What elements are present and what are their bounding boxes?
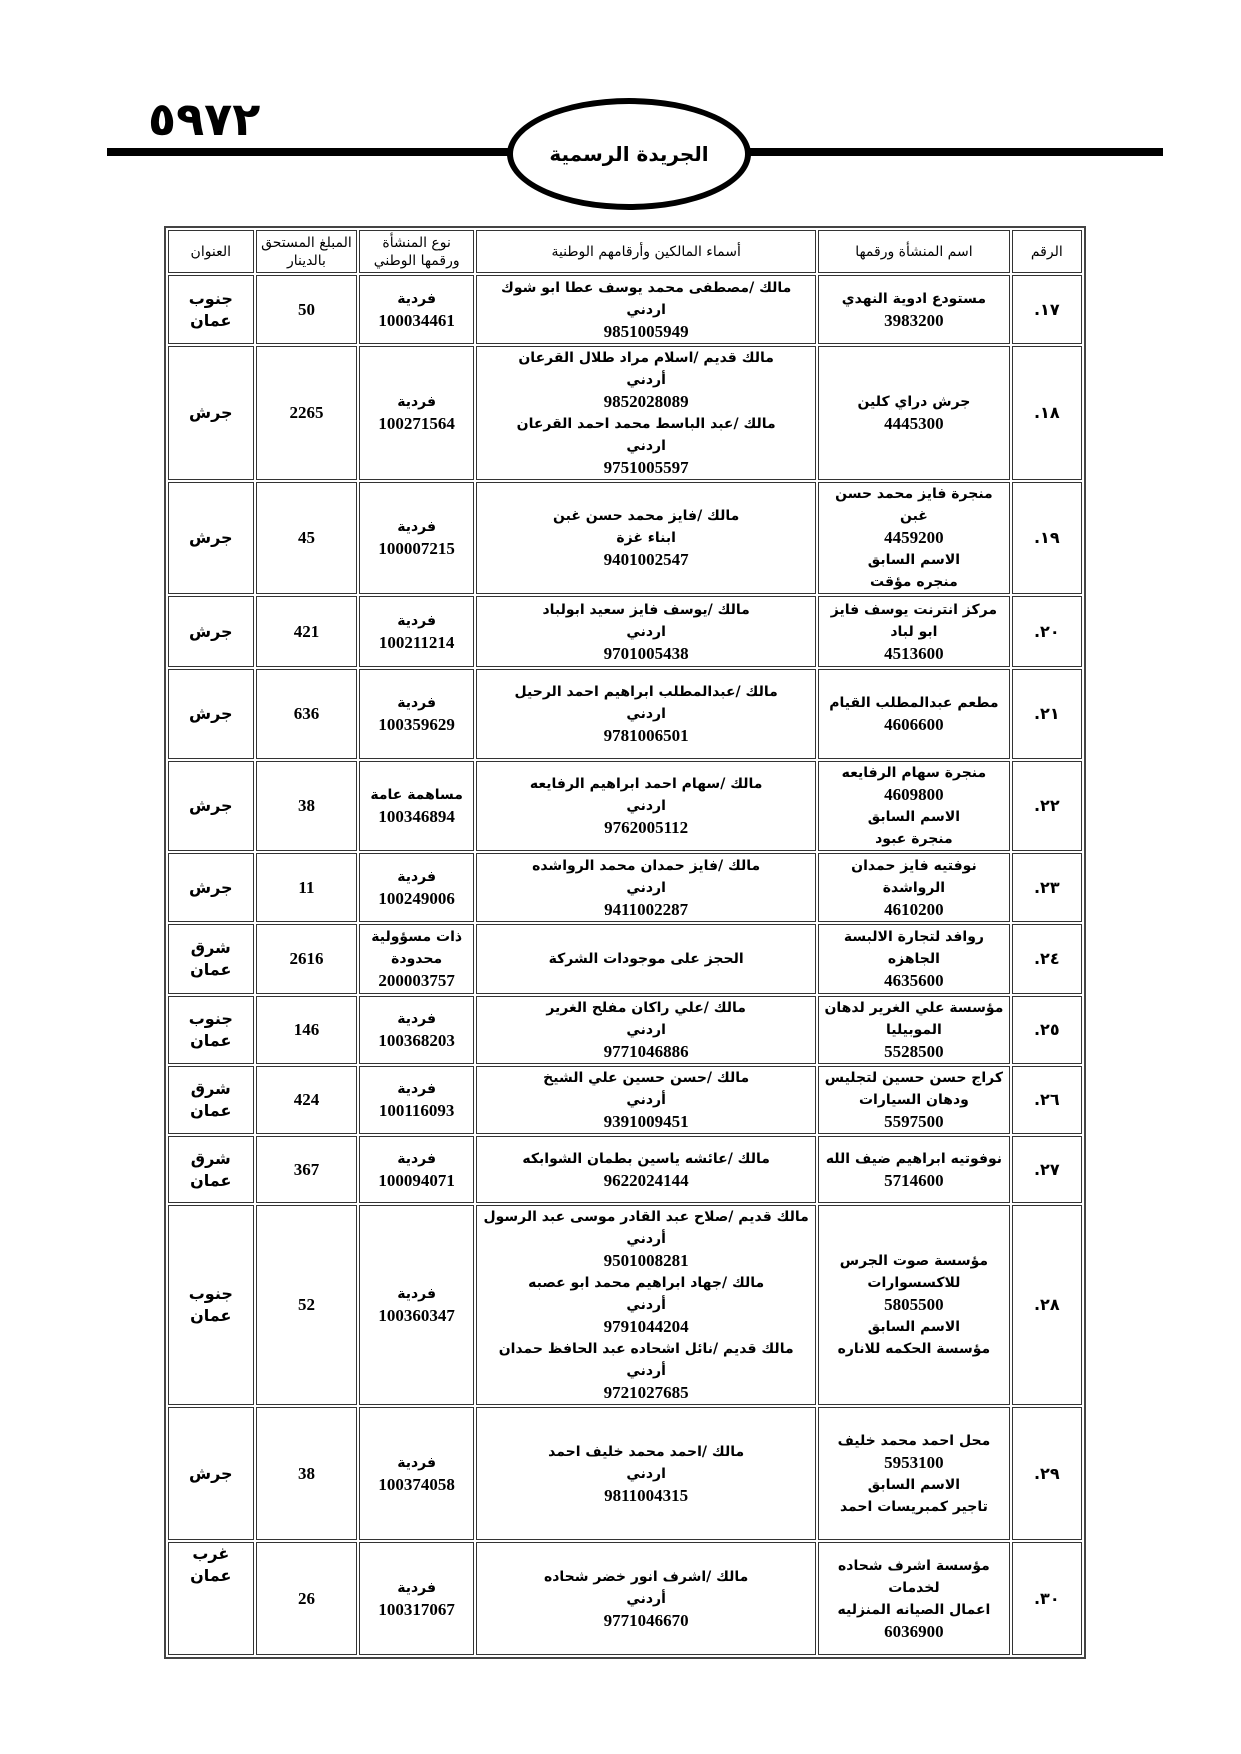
amount-cell: 146 — [256, 996, 358, 1064]
establishment-line: 4513600 — [823, 643, 1004, 665]
establishment-cell: محل احمد محمد خليف5953100الاسم السابقتاج… — [818, 1407, 1009, 1540]
establishment-line: 4610200 — [823, 899, 1004, 921]
row-number-cell: ٢٠. — [1012, 596, 1082, 667]
address-cell: شرق عمان — [168, 924, 254, 994]
establishment-line: مؤسسة اشرف شحاده لخدمات — [823, 1555, 1004, 1599]
amount-value: 38 — [261, 1463, 353, 1485]
registry-table: الرقم اسم المنشأة ورقمها أسماء المالكين … — [164, 226, 1086, 1659]
owners-cell: مالك /فايز محمد حسن غبنابناء غزة94010025… — [476, 482, 816, 594]
establishment-cell: نوفتيه فايز حمدان الرواشدة4610200 — [818, 853, 1009, 922]
establishment-line: 5528500 — [823, 1041, 1004, 1063]
type-line: مساهمة عامة — [364, 784, 469, 806]
establishment-line: 4445300 — [823, 413, 1004, 435]
type-line: 100034461 — [364, 310, 469, 332]
row-number-cell: ١٧. — [1012, 275, 1082, 344]
address-cell: جنوب عمان — [168, 1205, 254, 1405]
type-line: فردية — [364, 1283, 469, 1305]
row-number-cell: ١٩. — [1012, 482, 1082, 594]
amount-value: 424 — [261, 1089, 353, 1111]
table-row: ٢٣.نوفتيه فايز حمدان الرواشدة4610200مالك… — [168, 853, 1082, 922]
establishment-line: مركز انترنت يوسف فايز ابو لباد — [823, 599, 1004, 643]
type-cell: فردية100249006 — [359, 853, 474, 922]
type-line: فردية — [364, 610, 469, 632]
masthead-title: الجريدة الرسمية — [549, 142, 708, 166]
table-row: ١٧.مستودع ادوية النهدي3983200مالك /مصطفى… — [168, 275, 1082, 344]
establishment-cell: مؤسسة صوت الجرسللاكسسوارات5805500الاسم ا… — [818, 1205, 1009, 1405]
owners-line: مالك قديم /نائل اشحاده عبد الحافظ حمدان — [481, 1338, 811, 1360]
owners-line: مالك /عائشه ياسين بطمان الشوابكه — [481, 1148, 811, 1170]
table-row: ٢٧.نوفوتيه ابراهيم ضيف الله5714600مالك /… — [168, 1136, 1082, 1203]
type-line: 100116093 — [364, 1100, 469, 1122]
amount-value: 636 — [261, 703, 353, 725]
address-cell: جرش — [168, 346, 254, 480]
column-header-number: الرقم — [1012, 230, 1082, 273]
type-line: 100359629 — [364, 714, 469, 736]
row-number-cell: ٢٢. — [1012, 761, 1082, 851]
owners-line: أردني — [481, 1089, 811, 1111]
amount-value: 421 — [261, 621, 353, 643]
address-cell: جرش — [168, 482, 254, 594]
table-header-row: الرقم اسم المنشأة ورقمها أسماء المالكين … — [168, 230, 1082, 273]
owners-cell: مالك /احمد محمد خليف احمداردني9811004315 — [476, 1407, 816, 1540]
type-cell: فردية100007215 — [359, 482, 474, 594]
address-cell: غرب عمان — [168, 1542, 254, 1655]
type-line: 100271564 — [364, 413, 469, 435]
table-row: ٢٨.مؤسسة صوت الجرسللاكسسوارات5805500الاس… — [168, 1205, 1082, 1405]
establishment-line: الاسم السابق — [823, 1316, 1004, 1338]
amount-cell: 367 — [256, 1136, 358, 1203]
type-cell: فردية100368203 — [359, 996, 474, 1064]
amount-cell: 636 — [256, 669, 358, 759]
owners-cell: مالك /عائشه ياسين بطمان الشوابكه96220241… — [476, 1136, 816, 1203]
owners-line: 9391009451 — [481, 1111, 811, 1133]
table-row: ٢٤.روافد لتجارة الالبسة الجاهزه4635600ال… — [168, 924, 1082, 994]
establishment-line: روافد لتجارة الالبسة الجاهزه — [823, 926, 1004, 970]
establishment-line: مطعم عبدالمطلب القيام — [823, 692, 1004, 714]
establishment-line: 4606600 — [823, 714, 1004, 736]
establishment-line: 5953100 — [823, 1452, 1004, 1474]
address-cell: جرش — [168, 1407, 254, 1540]
amount-value: 11 — [261, 877, 353, 899]
establishment-line: منجره مؤقت — [823, 571, 1004, 593]
owners-line: 9851005949 — [481, 321, 811, 343]
type-line: 100094071 — [364, 1170, 469, 1192]
column-header-type: نوع المنشأة ورقمها الوطني — [359, 230, 474, 273]
row-number-cell: ١٨. — [1012, 346, 1082, 480]
owners-line: 9771046670 — [481, 1610, 811, 1632]
amount-cell: 52 — [256, 1205, 358, 1405]
establishment-line: 4609800 — [823, 784, 1004, 806]
owners-cell: مالك قديم /اسلام مراد طلال القرعانأردني9… — [476, 346, 816, 480]
owners-line: مالك /عبد الباسط محمد احمد القرعان — [481, 413, 811, 435]
amount-cell: 11 — [256, 853, 358, 922]
owners-line: 9781006501 — [481, 725, 811, 747]
amount-value: 50 — [261, 299, 353, 321]
type-line: فردية — [364, 516, 469, 538]
owners-line: 9762005112 — [481, 817, 811, 839]
owners-line: 9721027685 — [481, 1382, 811, 1404]
owners-line: 9501008281 — [481, 1250, 811, 1272]
row-number-cell: ٢١. — [1012, 669, 1082, 759]
owners-cell: مالك /مصطفى محمد يوسف عطا ابو شوكاردني98… — [476, 275, 816, 344]
type-cell: فردية100359629 — [359, 669, 474, 759]
owners-line: اردني — [481, 621, 811, 643]
establishment-cell: مطعم عبدالمطلب القيام4606600 — [818, 669, 1009, 759]
row-number-cell: ٢٦. — [1012, 1066, 1082, 1134]
establishment-line: 5714600 — [823, 1170, 1004, 1192]
owners-line: مالك /اشرف انور خضر شحاده — [481, 1566, 811, 1588]
amount-cell: 2616 — [256, 924, 358, 994]
row-number-cell: ٢٩. — [1012, 1407, 1082, 1540]
type-line: فردية — [364, 692, 469, 714]
type-line: 100346894 — [364, 806, 469, 828]
type-line: 200003757 — [364, 970, 469, 992]
column-header-amount: المبلغ المستحق بالدينار — [256, 230, 358, 273]
type-line: 100317067 — [364, 1599, 469, 1621]
type-line: ذات مسؤولية — [364, 926, 469, 948]
establishment-line: منجرة عبود — [823, 828, 1004, 850]
owners-line: 9751005597 — [481, 457, 811, 479]
owners-cell: مالك /يوسف فايز سعيد ابولباداردني9701005… — [476, 596, 816, 667]
establishment-line: للاكسسوارات — [823, 1272, 1004, 1294]
establishment-line: محل احمد محمد خليف — [823, 1430, 1004, 1452]
establishment-line: 5805500 — [823, 1294, 1004, 1316]
establishment-line: 6036900 — [823, 1621, 1004, 1643]
owners-line: أردني — [481, 1294, 811, 1316]
amount-value: 2616 — [261, 948, 353, 970]
owners-line: اردني — [481, 1019, 811, 1041]
establishment-line: 4635600 — [823, 970, 1004, 992]
owners-line: اردني — [481, 703, 811, 725]
amount-value: 367 — [261, 1159, 353, 1181]
establishment-line: نوفتيه فايز حمدان الرواشدة — [823, 855, 1004, 899]
address-cell: شرق عمان — [168, 1066, 254, 1134]
row-number-cell: ٢٨. — [1012, 1205, 1082, 1405]
establishment-line: 4459200 — [823, 527, 1004, 549]
address-cell: شرق عمان — [168, 1136, 254, 1203]
amount-cell: 424 — [256, 1066, 358, 1134]
address-cell: جنوب عمان — [168, 996, 254, 1064]
type-line: فردية — [364, 288, 469, 310]
row-number-cell: ٣٠. — [1012, 1542, 1082, 1655]
amount-value: 52 — [261, 1294, 353, 1316]
owners-line: اردني — [481, 299, 811, 321]
type-line: 100211214 — [364, 632, 469, 654]
address-cell: جرش — [168, 669, 254, 759]
type-cell: فردية100034461 — [359, 275, 474, 344]
table-row: ١٨.جرش دراي كلين4445300مالك قديم /اسلام … — [168, 346, 1082, 480]
table-row: ٢٠.مركز انترنت يوسف فايز ابو لباد4513600… — [168, 596, 1082, 667]
type-line: 100368203 — [364, 1030, 469, 1052]
owners-line: اردني — [481, 1463, 811, 1485]
type-line: 100249006 — [364, 888, 469, 910]
type-line: فردية — [364, 391, 469, 413]
type-line: 100007215 — [364, 538, 469, 560]
page-number: ٥٩٧٢ — [148, 96, 260, 142]
owners-line: مالك قديم /صلاح عبد القادر موسى عبد الرس… — [481, 1206, 811, 1228]
establishment-line: مؤسسة علي الغرير لدهان الموبيليا — [823, 997, 1004, 1041]
owners-line: مالك /عبدالمطلب ابراهيم احمد الرحيل — [481, 681, 811, 703]
amount-value: 38 — [261, 795, 353, 817]
establishment-line: مؤسسة الحكمه للاناره — [823, 1338, 1004, 1360]
establishment-line: الاسم السابق — [823, 806, 1004, 828]
owners-line: اردني — [481, 795, 811, 817]
amount-value: 26 — [261, 1588, 353, 1610]
owners-cell: مالك /علي راكان مفلح الغريراردني97710468… — [476, 996, 816, 1064]
column-header-establishment: اسم المنشأة ورقمها — [818, 230, 1009, 273]
owners-line: 9811004315 — [481, 1485, 811, 1507]
column-header-owners: أسماء المالكين وأرقامهم الوطنية — [476, 230, 816, 273]
row-number-cell: ٢٧. — [1012, 1136, 1082, 1203]
address-cell: جنوب عمان — [168, 275, 254, 344]
type-line: فردية — [364, 1577, 469, 1599]
owners-line: اردني — [481, 435, 811, 457]
owners-line: 9852028089 — [481, 391, 811, 413]
amount-cell: 2265 — [256, 346, 358, 480]
amount-cell: 421 — [256, 596, 358, 667]
amount-cell: 26 — [256, 1542, 358, 1655]
establishment-cell: روافد لتجارة الالبسة الجاهزه4635600 — [818, 924, 1009, 994]
type-cell: فردية100211214 — [359, 596, 474, 667]
establishment-line: كراج حسن حسين لتجليس — [823, 1067, 1004, 1089]
establishment-line: نوفوتيه ابراهيم ضيف الله — [823, 1148, 1004, 1170]
establishment-line: ودهان السيارات — [823, 1089, 1004, 1111]
establishment-cell: منجرة فايز محمد حسن غبن4459200الاسم السا… — [818, 482, 1009, 594]
owners-cell: مالك /سهام احمد ابراهيم الرفايعهاردني976… — [476, 761, 816, 851]
owners-cell: مالك قديم /صلاح عبد القادر موسى عبد الرس… — [476, 1205, 816, 1405]
amount-cell: 38 — [256, 1407, 358, 1540]
column-header-address: العنوان — [168, 230, 254, 273]
establishment-line: الاسم السابق — [823, 549, 1004, 571]
owners-line: مالك /جهاد ابراهيم محمد ابو عصبه — [481, 1272, 811, 1294]
row-number-cell: ٢٥. — [1012, 996, 1082, 1064]
table-row: ٢١.مطعم عبدالمطلب القيام4606600مالك /عبد… — [168, 669, 1082, 759]
table-row: ٣٠.مؤسسة اشرف شحاده لخدماتاعمال الصيانه … — [168, 1542, 1082, 1655]
establishment-line: منجرة سهام الرفايعه — [823, 762, 1004, 784]
row-number-cell: ٢٣. — [1012, 853, 1082, 922]
owners-line: 9411002287 — [481, 899, 811, 921]
establishment-line: اعمال الصيانه المنزليه — [823, 1599, 1004, 1621]
establishment-line: تاجير كمبريسات احمد — [823, 1496, 1004, 1518]
owners-line: أردني — [481, 1228, 811, 1250]
type-line: فردية — [364, 1452, 469, 1474]
owners-line: اردني — [481, 877, 811, 899]
establishment-cell: نوفوتيه ابراهيم ضيف الله5714600 — [818, 1136, 1009, 1203]
type-cell: فردية100360347 — [359, 1205, 474, 1405]
type-line: محدودة — [364, 948, 469, 970]
establishment-line: الاسم السابق — [823, 1474, 1004, 1496]
establishment-cell: منجرة سهام الرفايعه4609800الاسم السابقمن… — [818, 761, 1009, 851]
type-cell: ذات مسؤوليةمحدودة200003757 — [359, 924, 474, 994]
owners-line: مالك /علي راكان مفلح الغرير — [481, 997, 811, 1019]
establishment-line: 3983200 — [823, 310, 1004, 332]
owners-line: 9771046886 — [481, 1041, 811, 1063]
establishment-line: 5597500 — [823, 1111, 1004, 1133]
owners-line: مالك /احمد محمد خليف احمد — [481, 1441, 811, 1463]
establishment-cell: مؤسسة اشرف شحاده لخدماتاعمال الصيانه الم… — [818, 1542, 1009, 1655]
type-line: 100374058 — [364, 1474, 469, 1496]
owners-line: 9401002547 — [481, 549, 811, 571]
type-cell: مساهمة عامة100346894 — [359, 761, 474, 851]
establishment-line: مؤسسة صوت الجرس — [823, 1250, 1004, 1272]
owners-line: 9791044204 — [481, 1316, 811, 1338]
type-line: فردية — [364, 1148, 469, 1170]
type-line: فردية — [364, 866, 469, 888]
establishment-cell: مؤسسة علي الغرير لدهان الموبيليا5528500 — [818, 996, 1009, 1064]
owners-line: الحجز على موجودات الشركة — [481, 948, 811, 970]
owners-line: ابناء غزة — [481, 527, 811, 549]
amount-cell: 45 — [256, 482, 358, 594]
owners-line: أردني — [481, 369, 811, 391]
type-line: فردية — [364, 1078, 469, 1100]
establishment-cell: مستودع ادوية النهدي3983200 — [818, 275, 1009, 344]
table-row: ٢٦.كراج حسن حسين لتجليسودهان السيارات559… — [168, 1066, 1082, 1134]
type-line: فردية — [364, 1008, 469, 1030]
table-row: ٢٥.مؤسسة علي الغرير لدهان الموبيليا55285… — [168, 996, 1082, 1064]
owners-cell: مالك /عبدالمطلب ابراهيم احمد الرحيلاردني… — [476, 669, 816, 759]
address-cell: جرش — [168, 853, 254, 922]
owners-line: مالك قديم /اسلام مراد طلال القرعان — [481, 347, 811, 369]
address-cell: جرش — [168, 761, 254, 851]
owners-line: أردني — [481, 1588, 811, 1610]
establishment-cell: جرش دراي كلين4445300 — [818, 346, 1009, 480]
type-cell: فردية100271564 — [359, 346, 474, 480]
owners-line: مالك /فايز حمدان محمد الرواشده — [481, 855, 811, 877]
type-cell: فردية100116093 — [359, 1066, 474, 1134]
masthead-ellipse: الجريدة الرسمية — [507, 98, 751, 210]
owners-line: 9622024144 — [481, 1170, 811, 1192]
establishment-cell: مركز انترنت يوسف فايز ابو لباد4513600 — [818, 596, 1009, 667]
owners-cell: مالك /اشرف انور خضر شحادهأردني9771046670 — [476, 1542, 816, 1655]
type-line: 100360347 — [364, 1305, 469, 1327]
owners-line: مالك /مصطفى محمد يوسف عطا ابو شوك — [481, 277, 811, 299]
row-number-cell: ٢٤. — [1012, 924, 1082, 994]
owners-cell: الحجز على موجودات الشركة — [476, 924, 816, 994]
establishment-line: منجرة فايز محمد حسن غبن — [823, 483, 1004, 527]
owners-line: مالك /يوسف فايز سعيد ابولباد — [481, 599, 811, 621]
type-cell: فردية100317067 — [359, 1542, 474, 1655]
owners-line: مالك /حسن حسين علي الشيخ — [481, 1067, 811, 1089]
owners-cell: مالك /حسن حسين علي الشيخأردني9391009451 — [476, 1066, 816, 1134]
amount-value: 45 — [261, 527, 353, 549]
table-row: ٢٩.محل احمد محمد خليف5953100الاسم السابق… — [168, 1407, 1082, 1540]
establishment-cell: كراج حسن حسين لتجليسودهان السيارات559750… — [818, 1066, 1009, 1134]
owners-line: مالك /فايز محمد حسن غبن — [481, 505, 811, 527]
type-cell: فردية100374058 — [359, 1407, 474, 1540]
amount-value: 2265 — [261, 402, 353, 424]
owners-line: مالك /سهام احمد ابراهيم الرفايعه — [481, 773, 811, 795]
establishment-line: جرش دراي كلين — [823, 391, 1004, 413]
table-row: ١٩.منجرة فايز محمد حسن غبن4459200الاسم ا… — [168, 482, 1082, 594]
address-cell: جرش — [168, 596, 254, 667]
amount-value: 146 — [261, 1019, 353, 1041]
owners-line: أردني — [481, 1360, 811, 1382]
owners-cell: مالك /فايز حمدان محمد الرواشدهاردني94110… — [476, 853, 816, 922]
table-row: ٢٢.منجرة سهام الرفايعه4609800الاسم الساب… — [168, 761, 1082, 851]
owners-line: 9701005438 — [481, 643, 811, 665]
establishment-line: مستودع ادوية النهدي — [823, 288, 1004, 310]
amount-cell: 38 — [256, 761, 358, 851]
amount-cell: 50 — [256, 275, 358, 344]
type-cell: فردية100094071 — [359, 1136, 474, 1203]
